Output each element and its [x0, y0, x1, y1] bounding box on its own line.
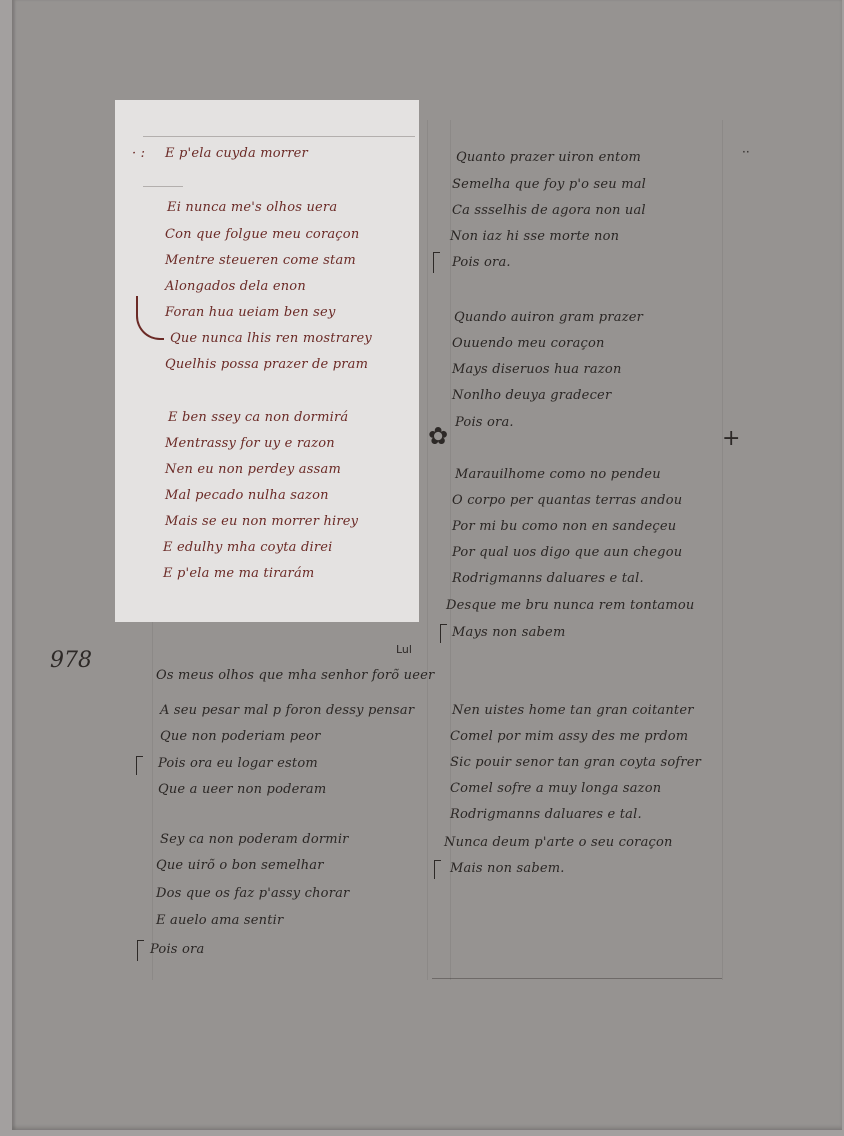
paragraph-mark: [137, 940, 144, 961]
verse-line: O corpo per quantas terras andou: [452, 493, 682, 508]
ruling-line: [722, 120, 723, 980]
verse-line: Mal pecado nulha sazon: [165, 488, 329, 503]
verse-line: Por qual uos digo que aun chegou: [452, 545, 682, 560]
ruling-line: [450, 120, 451, 980]
verse-line: Alongados dela enon: [165, 279, 306, 294]
dots-mark: · :: [132, 146, 145, 161]
verse-line: A seu pesar mal p foron dessy pensar: [160, 703, 414, 718]
verse-line: Mays diseruos hua razon: [452, 362, 622, 377]
verse-line: Rodrigmanns daluares e tal.: [450, 807, 642, 822]
verse-line: Quando auiron gram prazer: [454, 310, 643, 325]
paragraph-mark: [434, 860, 441, 879]
verse-line: Con que folgue meu coraçon: [165, 227, 359, 242]
cross-mark: +: [722, 428, 740, 450]
verse-line: Comel sofre a muy longa sazon: [450, 781, 661, 796]
ruling-line: [427, 120, 428, 980]
verse-line: Sic pouir senor tan gran coyta sofrer: [450, 755, 701, 770]
verse-line: Os meus olhos que mha senhor forõ ueer: [156, 668, 434, 683]
verse-line: Ouuendo meu coraçon: [452, 336, 605, 351]
paragraph-mark: [440, 624, 447, 643]
refrain-line: Pois ora.: [452, 255, 511, 270]
small-marginal-mark: Lul: [396, 644, 412, 655]
verse-line: Que a ueer non poderam: [158, 782, 326, 797]
paragraph-mark: [433, 252, 440, 273]
verse-line: Nunca deum p'arte o seu coraçon: [444, 835, 673, 850]
verse-line: E auelo ama sentir: [156, 913, 283, 928]
verse-line: E edulhy mha coyta direi: [163, 540, 333, 555]
dots-mark: ··: [742, 146, 750, 158]
verse-line: Sey ca non poderam dormir: [160, 832, 349, 847]
verse-line: Que nunca lhis ren mostrarey: [170, 331, 372, 346]
refrain-line: Pois ora.: [455, 415, 514, 430]
verse-line: Ca ssselhis de agora non ual: [452, 203, 646, 218]
verse-line: Non iaz hi sse morte non: [450, 229, 619, 244]
verse-line: Rodrigmanns daluares e tal.: [452, 571, 644, 586]
verse-line: Que uirõ o bon semelhar: [156, 858, 324, 873]
verse-line: Desque me bru nunca rem tontamou: [446, 598, 694, 613]
verse-line: Marauilhome como no pendeu: [455, 467, 661, 482]
refrain-header: E p'ela cuyda morrer: [165, 146, 308, 161]
verse-line: E ben ssey ca non dormirá: [168, 410, 348, 425]
paragraph-mark: [136, 756, 143, 775]
verse-line: Semelha que foy p'o seu mal: [452, 177, 646, 192]
verse-line: Nen uistes home tan gran coitanter: [452, 703, 694, 718]
verse-line: Ei nunca me's olhos uera: [167, 200, 337, 215]
verse-line: Comel por mim assy des me prdom: [450, 729, 688, 744]
verse-line: Foran hua ueiam ben sey: [165, 305, 336, 320]
verse-line: Quanto prazer uiron entom: [456, 150, 641, 165]
ruling-line: [432, 978, 722, 979]
refrain-line: Pois ora: [150, 942, 204, 957]
verse-line: Mentre steueren come stam: [165, 253, 356, 268]
verse-line: Nen eu non perdey assam: [165, 462, 341, 477]
flower-ornament-icon: ✿: [428, 424, 448, 448]
refrain-line: Mais non sabem.: [450, 861, 565, 876]
verse-line: Dos que os faz p'assy chorar: [156, 886, 349, 901]
ruling-line: [143, 136, 415, 137]
verse-line: E p'ela me ma tirarám: [163, 566, 314, 581]
verse-line: Mentrassy for uy e razon: [165, 436, 335, 451]
verse-line: Quelhis possa prazer de pram: [165, 357, 368, 372]
ruling-line: [143, 186, 183, 187]
refrain-line: Mays non sabem: [452, 625, 565, 640]
refrain-line: Pois ora eu logar estom: [158, 756, 318, 771]
folio-number: 978: [50, 648, 92, 673]
verse-line: Nonlho deuya gradecer: [452, 388, 611, 403]
verse-line: Mais se eu non morrer hirey: [165, 514, 358, 529]
verse-line: Por mi bu como non en sandeçeu: [452, 519, 676, 534]
verse-line: Que non poderiam peor: [160, 729, 321, 744]
